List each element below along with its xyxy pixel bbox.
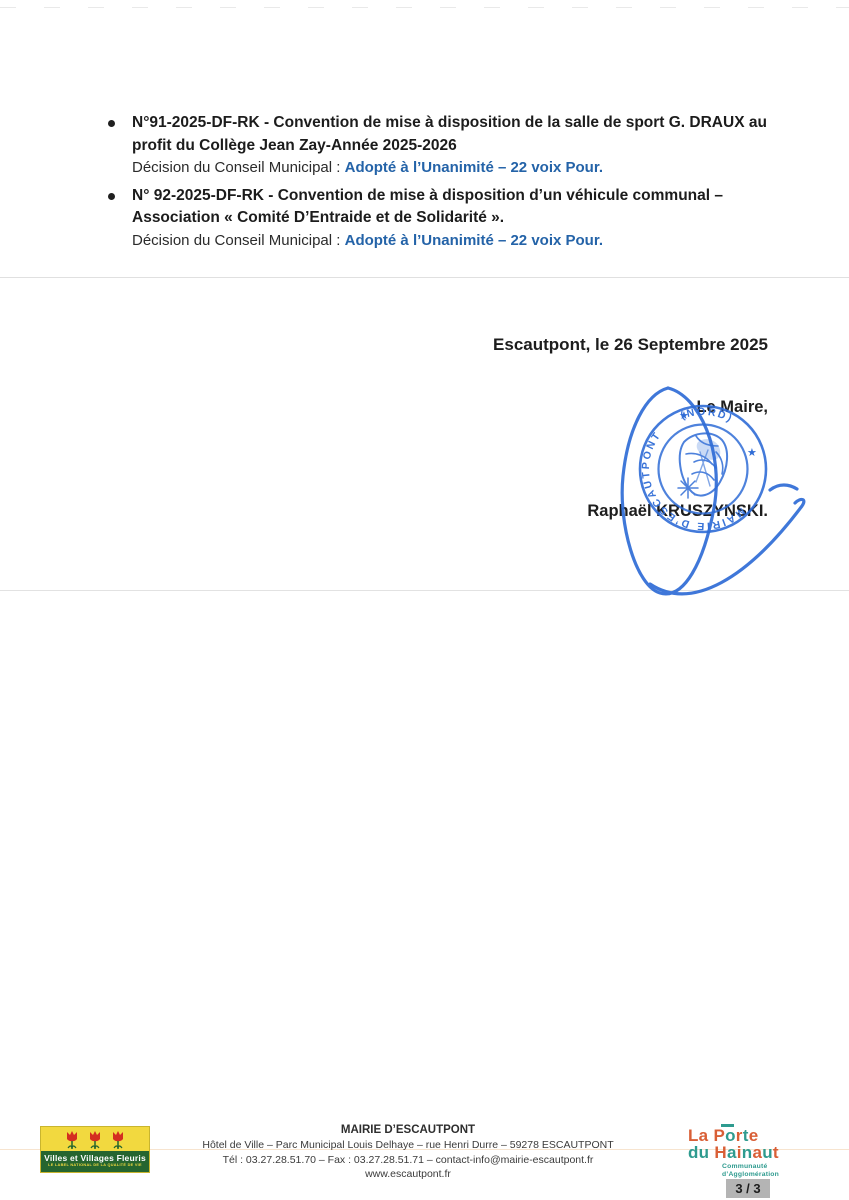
tulip-flowers-icon bbox=[55, 1127, 135, 1151]
decision-label: Décision du Conseil Municipal : bbox=[132, 232, 345, 249]
bullet-icon bbox=[108, 193, 115, 200]
list-item: N°91-2025-DF-RK - Convention de mise à d… bbox=[108, 112, 808, 180]
deliberation-list: N°91-2025-DF-RK - Convention de mise à d… bbox=[108, 112, 808, 257]
bullet-icon bbox=[108, 120, 115, 127]
logo-accent-bar bbox=[721, 1124, 734, 1127]
handwritten-signature bbox=[598, 372, 818, 607]
document-page: N°91-2025-DF-RK - Convention de mise à d… bbox=[0, 0, 849, 1200]
decision-line: Décision du Conseil Municipal : Adopté à… bbox=[132, 230, 800, 253]
decision-value: Adopté à l’Unanimité – 22 voix Pour. bbox=[345, 232, 603, 249]
deliberation-title: N°91-2025-DF-RK - Convention de mise à d… bbox=[132, 112, 800, 157]
footer-contact-line: Tél : 03.27.28.51.70 – Fax : 03.27.28.51… bbox=[148, 1153, 668, 1168]
footer-title: MAIRIE D’ESCAUTPONT bbox=[148, 1123, 668, 1138]
footer-website: www.escautpont.fr bbox=[148, 1167, 668, 1182]
decision-line: Décision du Conseil Municipal : Adopté à… bbox=[132, 157, 800, 180]
list-item: N° 92-2025-DF-RK - Convention de mise à … bbox=[108, 185, 808, 253]
deliberation-title: N° 92-2025-DF-RK - Convention de mise à … bbox=[132, 185, 800, 230]
fleuris-logo-subtitle: LE LABEL NATIONAL DE LA QUALITÉ DE VIE bbox=[41, 1163, 149, 1168]
lph-subtitle: Communauté d’Agglomération bbox=[722, 1163, 808, 1178]
lph-line2: du Hainaut bbox=[688, 1144, 808, 1161]
fleuris-logo-title: Villes et Villages Fleuris bbox=[41, 1153, 149, 1163]
footer-address-line: Hôtel de Ville – Parc Municipal Louis De… bbox=[148, 1138, 668, 1153]
decision-label: Décision du Conseil Municipal : bbox=[132, 159, 345, 176]
lph-line1: La Porte bbox=[688, 1127, 808, 1144]
scan-artifact-line bbox=[0, 7, 849, 8]
villes-fleuris-logo: Villes et Villages Fleuris LE LABEL NATI… bbox=[40, 1126, 150, 1173]
decision-value: Adopté à l’Unanimité – 22 voix Pour. bbox=[345, 159, 603, 176]
dateline: Escautpont, le 26 Septembre 2025 bbox=[493, 335, 768, 355]
porte-du-hainaut-logo: La Porte du Hainaut Communauté d’Agglomé… bbox=[688, 1127, 808, 1178]
page-number-badge: 3 / 3 bbox=[726, 1179, 770, 1198]
scan-artifact-line bbox=[0, 277, 849, 278]
footer-address-block: MAIRIE D’ESCAUTPONT Hôtel de Ville – Par… bbox=[148, 1123, 668, 1182]
